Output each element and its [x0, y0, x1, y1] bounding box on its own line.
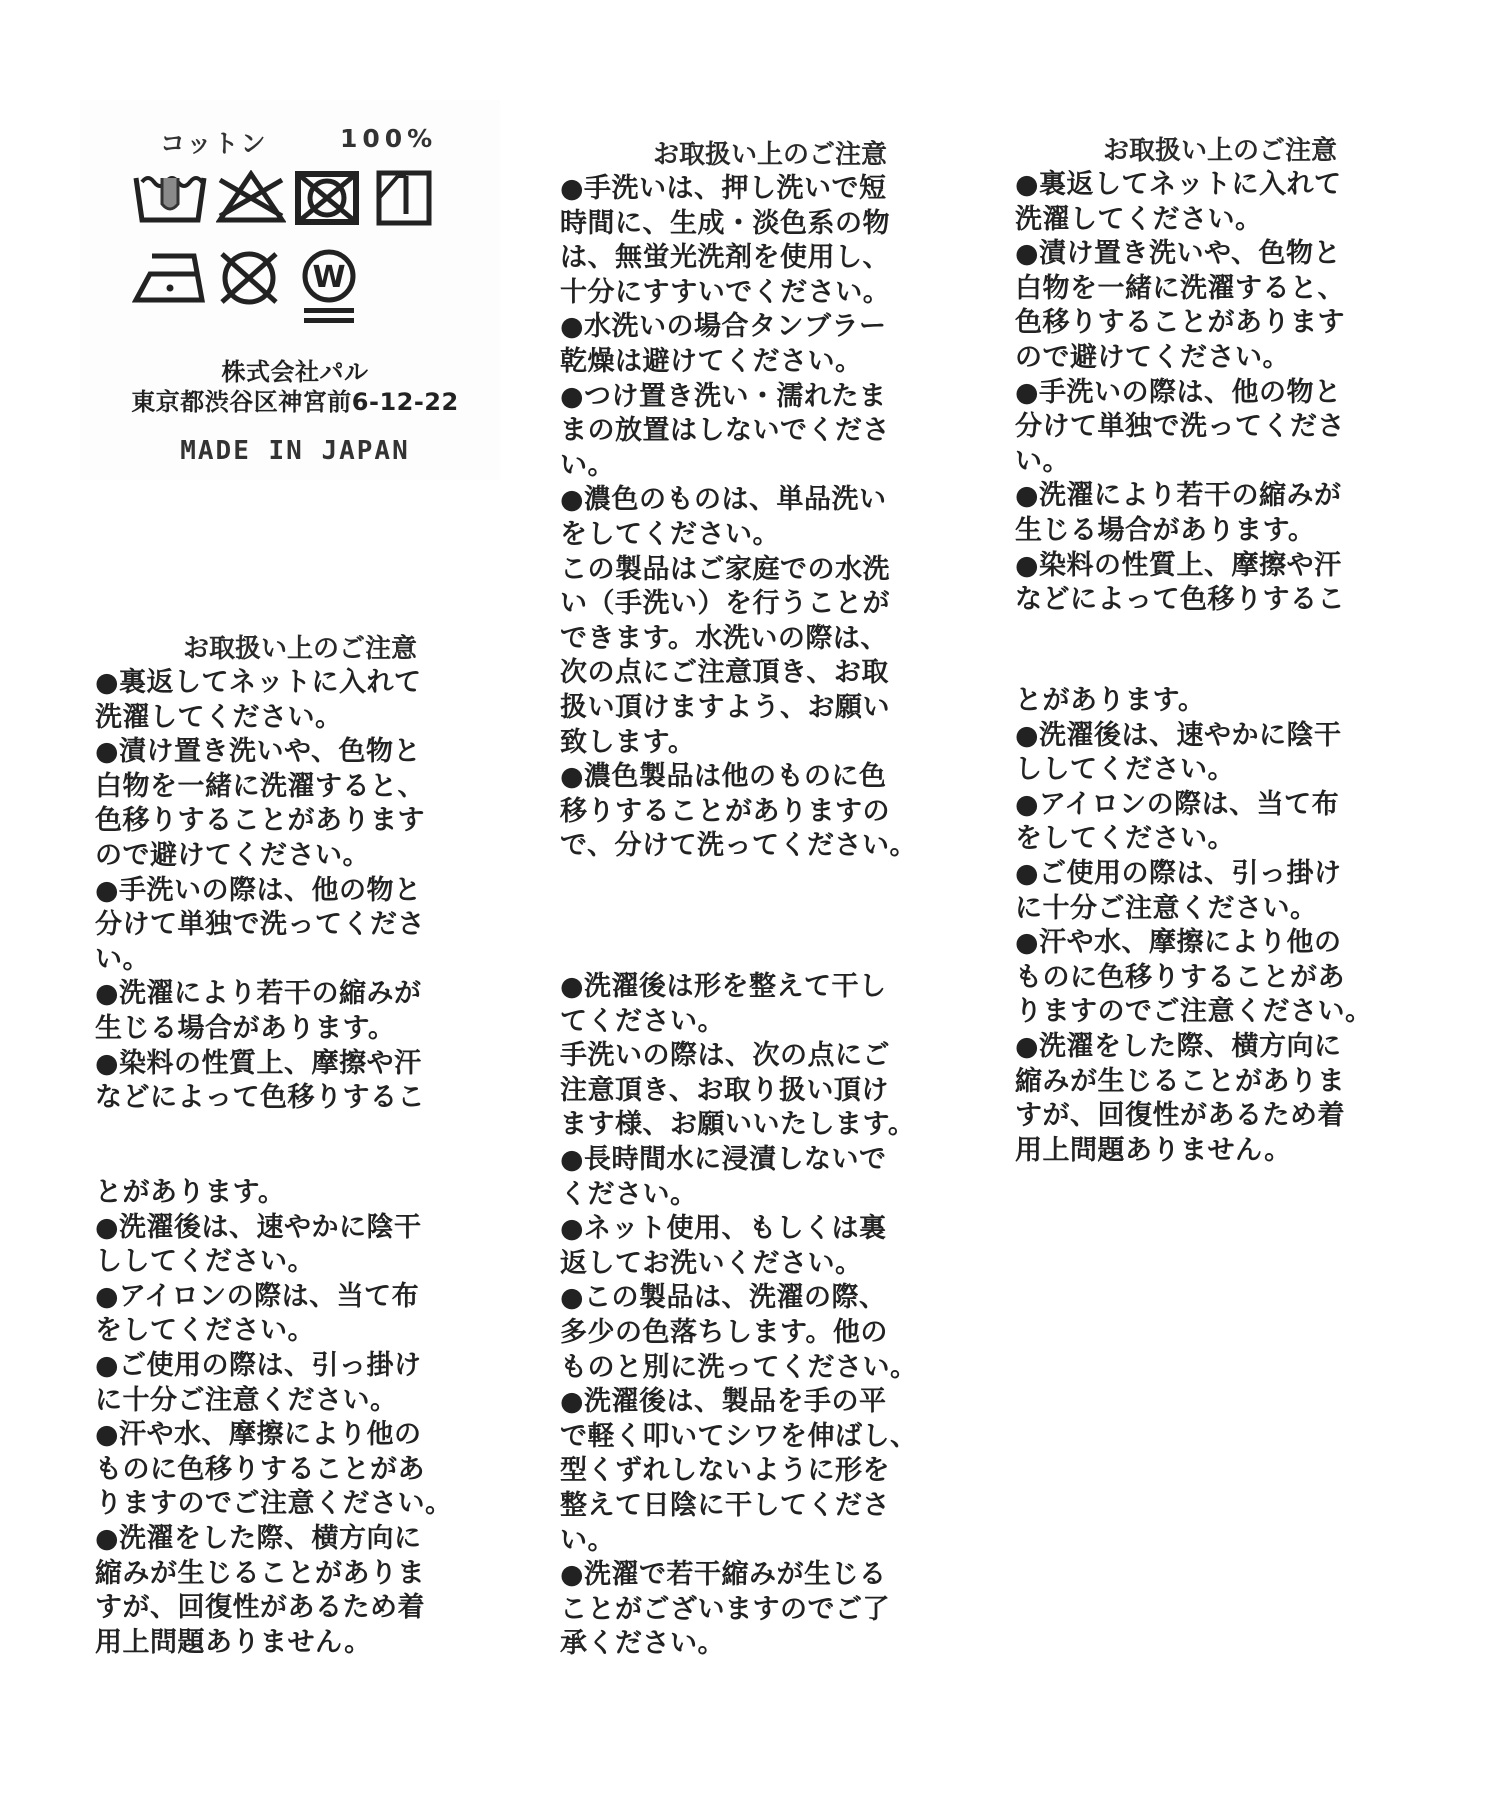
care-note-line: ●染料の性質上、摩擦や汗 [95, 1047, 505, 1082]
care-note-line: ●漬け置き洗いや、色物と [95, 735, 505, 770]
fiber-percent: 100% [340, 124, 437, 153]
care-note-line: 縮みが生じることがありま [95, 1557, 505, 1592]
svg-text:W: W [312, 260, 345, 295]
care-note-line: ●ネット使用、もしくは裏 [560, 1212, 980, 1247]
care-note-line: 縮みが生じることがありま [1015, 1065, 1435, 1100]
care-note-line: で軽く叩いてシワを伸ばし、 [560, 1420, 980, 1455]
line-dry-shade-icon [376, 170, 432, 230]
care-note-line: は、無蛍光洗剤を使用し、 [560, 241, 980, 276]
care-note-line: ししてください。 [1015, 753, 1435, 788]
care-note-line: てください。 [560, 1005, 980, 1040]
no-dry-clean-icon [216, 250, 282, 310]
company-info: 株式会社パル 東京都渋谷区神宮前6-12-22 [100, 357, 490, 417]
care-note-line: この製品はご家庭での水洗 [560, 553, 980, 588]
care-note-line: などによって色移りするこ [1015, 583, 1425, 618]
care-note-line: ●ご使用の際は、引っ掛け [95, 1349, 505, 1384]
care-note-line: 承ください。 [560, 1627, 980, 1662]
iron-low-icon [132, 250, 212, 310]
care-note-line: ことがございますのでご了 [560, 1593, 980, 1628]
care-note-line: ●洗濯後は、速やかに陰干 [1015, 719, 1435, 754]
care-note-line: ●手洗いの際は、他の物と [95, 874, 505, 909]
care-note-line: ください。 [560, 1178, 980, 1213]
company-address: 東京都渋谷区神宮前6-12-22 [100, 387, 490, 417]
care-notes-middle: お取扱い上のご注意 ●手洗いは、押し洗いで短 時間に、生成・淡色系の物 は、無蛍… [560, 138, 980, 864]
care-note-line: ●濃色のものは、単品洗い [560, 483, 980, 518]
care-note-line: ししてください。 [95, 1245, 505, 1280]
care-note-line: 致します。 [560, 726, 980, 761]
care-note-line: すが、回復性があるため着 [95, 1591, 505, 1626]
care-notes-right-title: お取扱い上のご注意 [1015, 134, 1425, 168]
care-note-line: ●洗濯後は、製品を手の平 [560, 1385, 980, 1420]
care-note-line: をしてください。 [95, 1314, 505, 1349]
care-note-line: 次の点にご注意頂き、お取 [560, 656, 980, 691]
fiber-material: コットン [160, 129, 268, 158]
care-note-line: 十分にすすいでください。 [560, 276, 980, 311]
care-note-line: ●汗や水、摩擦により他の [95, 1418, 505, 1453]
care-note-line: 分けて単独で洗ってくださ [1015, 410, 1425, 445]
care-note-line: ●アイロンの際は、当て布 [95, 1280, 505, 1315]
care-note-line: 用上問題ありません。 [1015, 1134, 1435, 1169]
care-note-line: ●洗濯をした際、横方向に [1015, 1030, 1435, 1065]
care-notes-middle-lower: ●洗濯後は形を整えて干し てください。 手洗いの際は、次の点にご 注意頂き、お取… [560, 970, 980, 1662]
company-name: 株式会社パル [100, 357, 490, 387]
care-note-line: 整えて日陰に干してくださ [560, 1489, 980, 1524]
care-note-line: 扱い頂けますよう、お願い [560, 691, 980, 726]
care-note-line: 多少の色落ちします。他の [560, 1316, 980, 1351]
care-note-line: 白物を一緒に洗濯すると、 [95, 770, 505, 805]
care-note-line: 時間に、生成・淡色系の物 [560, 207, 980, 242]
care-note-line: ●漬け置き洗いや、色物と [1015, 237, 1425, 272]
care-note-line: ものに色移りすることがあ [1015, 961, 1435, 996]
care-note-line: ●裏返してネットに入れて [95, 666, 505, 701]
care-note-line: すが、回復性があるため着 [1015, 1099, 1435, 1134]
care-note-line: ●ご使用の際は、引っ掛け [1015, 857, 1435, 892]
care-note-line: ので避けてください。 [1015, 341, 1425, 376]
care-note-line: ●洗濯後は、速やかに陰干 [95, 1211, 505, 1246]
care-note-line: 注意頂き、お取り扱い頂け [560, 1074, 980, 1109]
care-note-line: などによって色移りするこ [95, 1081, 505, 1116]
care-notes-right: お取扱い上のご注意 ●裏返してネットに入れて 洗濯してください。 ●漬け置き洗い… [1015, 134, 1425, 618]
care-note-line: ものに色移りすることがあ [95, 1453, 505, 1488]
care-note-line: 洗濯してください。 [95, 701, 505, 736]
wet-clean-very-mild-icon: W [298, 248, 360, 332]
care-notes-right-lower: とがあります。 ●洗濯後は、速やかに陰干 ししてください。 ●アイロンの際は、当… [1015, 684, 1435, 1168]
care-note-line: 手洗いの際は、次の点にご [560, 1039, 980, 1074]
care-note-line: に十分ご注意ください。 [1015, 892, 1435, 927]
care-note-line: ●裏返してネットに入れて [1015, 168, 1425, 203]
care-note-line: ●長時間水に浸漬しないで [560, 1143, 980, 1178]
care-note-line: い。 [1015, 445, 1425, 480]
care-note-line: 型くずれしないように形を [560, 1454, 980, 1489]
care-note-line: 用上問題ありません。 [95, 1626, 505, 1661]
care-note-line: りますのでご注意ください。 [95, 1487, 505, 1522]
care-note-line: 色移りすることがあります [95, 804, 505, 839]
care-note-line: ものと別に洗ってください。 [560, 1351, 980, 1386]
care-note-line: ●水洗いの場合タンブラー [560, 310, 980, 345]
care-note-line: 乾燥は避けてください。 [560, 345, 980, 380]
care-note-line: 返してお洗いください。 [560, 1247, 980, 1282]
fiber-composition: コットン 100% [160, 124, 268, 160]
care-note-line: い。 [560, 449, 980, 484]
care-note-line: 洗濯してください。 [1015, 203, 1425, 238]
care-note-line: まの放置はしないでくださ [560, 414, 980, 449]
no-bleach-icon [216, 170, 286, 230]
no-tumble-dry-icon [294, 170, 360, 230]
care-notes-left-continued: とがあります。 ●洗濯後は、速やかに陰干 ししてください。 ●アイロンの際は、当… [95, 1176, 505, 1660]
care-note-line: 分けて単独で洗ってくださ [95, 908, 505, 943]
care-note-line: ます様、お願いいたします。 [560, 1108, 980, 1143]
care-note-line: ●洗濯をした際、横方向に [95, 1522, 505, 1557]
care-note-line: ●この製品は、洗濯の際、 [560, 1281, 980, 1316]
care-note-line: で、分けて洗ってください。 [560, 829, 980, 864]
care-note-line: ●濃色製品は他のものに色 [560, 760, 980, 795]
care-note-line: い（手洗い）を行うことが [560, 587, 980, 622]
care-note-line: 生じる場合があります。 [1015, 514, 1425, 549]
care-note-line: ●汗や水、摩擦により他の [1015, 926, 1435, 961]
care-note-line: 移りすることがありますの [560, 795, 980, 830]
care-note-line: ●洗濯により若干の縮みが [95, 977, 505, 1012]
care-note-line: ●染料の性質上、摩擦や汗 [1015, 549, 1425, 584]
care-note-line: をしてください。 [560, 518, 980, 553]
care-note-line: ので避けてください。 [95, 839, 505, 874]
care-note-line: い。 [560, 1524, 980, 1559]
care-note-line: をしてください。 [1015, 822, 1435, 857]
care-notes-middle-title: お取扱い上のご注意 [560, 138, 980, 172]
country-of-origin: MADE IN JAPAN [100, 436, 490, 466]
care-note-line: とがあります。 [1015, 684, 1435, 719]
care-note-line: ●洗濯で若干縮みが生じる [560, 1558, 980, 1593]
care-note-line: できます。水洗いの際は、 [560, 622, 980, 657]
care-note-line: に十分ご注意ください。 [95, 1384, 505, 1419]
care-note-line: ●手洗いは、押し洗いで短 [560, 172, 980, 207]
hand-wash-icon [132, 170, 208, 230]
care-note-line: い。 [95, 943, 505, 978]
care-note-line: とがあります。 [95, 1176, 505, 1211]
care-note-line: 生じる場合があります。 [95, 1012, 505, 1047]
care-note-line: りますのでご注意ください。 [1015, 995, 1435, 1030]
care-note-line: ●つけ置き洗い・濡れたま [560, 380, 980, 415]
care-note-line: 色移りすることがあります [1015, 306, 1425, 341]
care-note-line: ●洗濯により若干の縮みが [1015, 479, 1425, 514]
care-note-line: 白物を一緒に洗濯すると、 [1015, 272, 1425, 307]
care-note-line: ●手洗いの際は、他の物と [1015, 376, 1425, 411]
care-note-line: ●洗濯後は形を整えて干し [560, 970, 980, 1005]
care-notes-left: お取扱い上のご注意 ●裏返してネットに入れて 洗濯してください。 ●漬け置き洗い… [95, 632, 505, 1116]
care-notes-left-title: お取扱い上のご注意 [95, 632, 505, 666]
care-note-line: ●アイロンの際は、当て布 [1015, 788, 1435, 823]
